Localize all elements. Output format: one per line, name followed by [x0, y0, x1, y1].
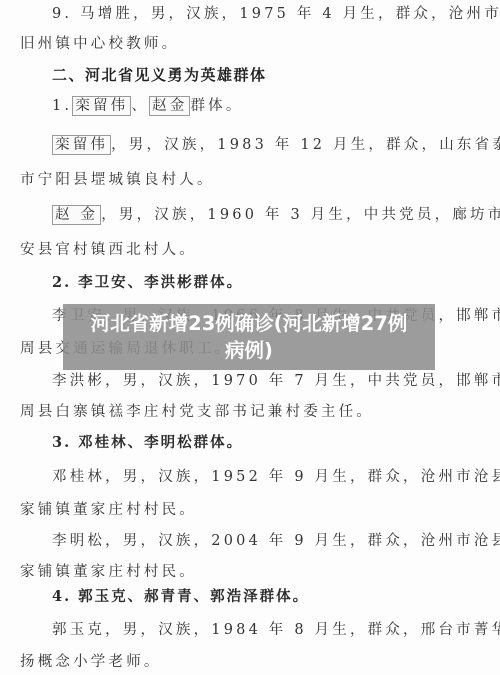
doc-text: 李洪彬，男，汉族，1970 年 7 月生，中共党员，邯郸市曲 — [52, 371, 500, 391]
doc-text: 郭玉克，男，汉族，1984 年 8 月生，群众，邢台市菁华浩 — [52, 620, 500, 640]
headline-text-line1: 河北省新增23例确诊(河北新增27例 — [63, 310, 435, 337]
doc-text: 市宁阳县堽城镇良村人。 — [20, 170, 215, 190]
doc-line: 市宁阳县堽城镇良村人。 — [20, 170, 476, 190]
doc-line: 赵 金 ，男，汉族，1960 年 3 月生，中共党员，廊坊市固 — [52, 205, 476, 225]
doc-text: ，男，汉族，1960 年 3 月生，中共党员，廊坊市固 — [101, 205, 500, 225]
doc-line: 李洪彬，男，汉族，1970 年 7 月生，中共党员，邯郸市曲 — [52, 371, 476, 391]
name-box: 栾留伟 — [72, 96, 131, 116]
doc-text: 扬概念小学老师。 — [20, 652, 162, 672]
group-suffix: 群体。 — [190, 96, 243, 116]
doc-line: 李明松，男，汉族，2004 年 9 月生，群众，沧州市沧县汪 — [52, 531, 476, 551]
group-title: 1. 栾留伟 、 赵金 群体。 — [52, 96, 476, 116]
doc-text: 旧州镇中心校教师。 — [20, 34, 179, 54]
doc-line: 郭玉克，男，汉族，1984 年 8 月生，群众，邢台市菁华浩 — [52, 620, 476, 640]
doc-text: 李明松，男，汉族，2004 年 9 月生，群众，沧州市沧县汪 — [52, 531, 500, 551]
group-title-text: 2. 李卫安、李洪彬群体。 — [52, 273, 243, 293]
headline-overlay-banner: 河北省新增23例确诊(河北新增27例 病例) — [63, 304, 435, 370]
group-title-text: 4. 郭玉克、郝青青、郭浩泽群体。 — [52, 587, 309, 607]
group-title: 4. 郭玉克、郝青青、郭浩泽群体。 — [52, 587, 476, 607]
doc-text: 邓桂林，男，汉族，1952 年 9 月生，群众，沧州市沧县汪 — [52, 467, 500, 487]
doc-line: 安县官村镇西北村人。 — [20, 240, 476, 260]
doc-line: 家铺镇董家庄村村民。 — [20, 500, 476, 520]
doc-line: 扬概念小学老师。 — [20, 652, 476, 672]
doc-text: ，男，汉族，1983 年 12 月生，群众，山东省泰安 — [111, 135, 500, 155]
group-number: 1. — [52, 96, 72, 116]
group-title: 2. 李卫安、李洪彬群体。 — [52, 273, 476, 293]
doc-line: 栾留伟 ，男，汉族，1983 年 12 月生，群众，山东省泰安 — [52, 135, 476, 155]
name-box: 赵 金 — [52, 205, 101, 225]
section-heading-text: 二、河北省见义勇为英雄群体 — [52, 65, 267, 85]
doc-line: 家铺镇董家庄村村民。 — [20, 562, 476, 582]
doc-text: 安县官村镇西北村人。 — [20, 240, 197, 260]
doc-line: 周县白寨镇禚李庄村党支部书记兼村委主任。 — [20, 402, 476, 422]
doc-line: 旧州镇中心校教师。 — [20, 34, 476, 54]
separator: 、 — [131, 96, 149, 116]
name-box: 赵金 — [149, 96, 190, 116]
group-title: 3. 邓桂林、李明松群体。 — [52, 433, 476, 453]
doc-text: 家铺镇董家庄村村民。 — [20, 562, 197, 582]
headline-text-line2: 病例) — [63, 337, 435, 364]
name-box: 栾留伟 — [52, 135, 111, 155]
doc-text: 家铺镇董家庄村村民。 — [20, 500, 197, 520]
doc-text: 9. 马增胜，男，汉族，1975 年 4 月生，群众，沧州市沧县 — [52, 4, 500, 24]
doc-line: 9. 马增胜，男，汉族，1975 年 4 月生，群众，沧州市沧县 — [52, 4, 476, 24]
doc-text: 周县白寨镇禚李庄村党支部书记兼村委主任。 — [20, 402, 374, 422]
group-title-text: 3. 邓桂林、李明松群体。 — [52, 433, 243, 453]
section-heading: 二、河北省见义勇为英雄群体 — [52, 65, 476, 85]
doc-line: 邓桂林，男，汉族，1952 年 9 月生，群众，沧州市沧县汪 — [52, 467, 476, 487]
